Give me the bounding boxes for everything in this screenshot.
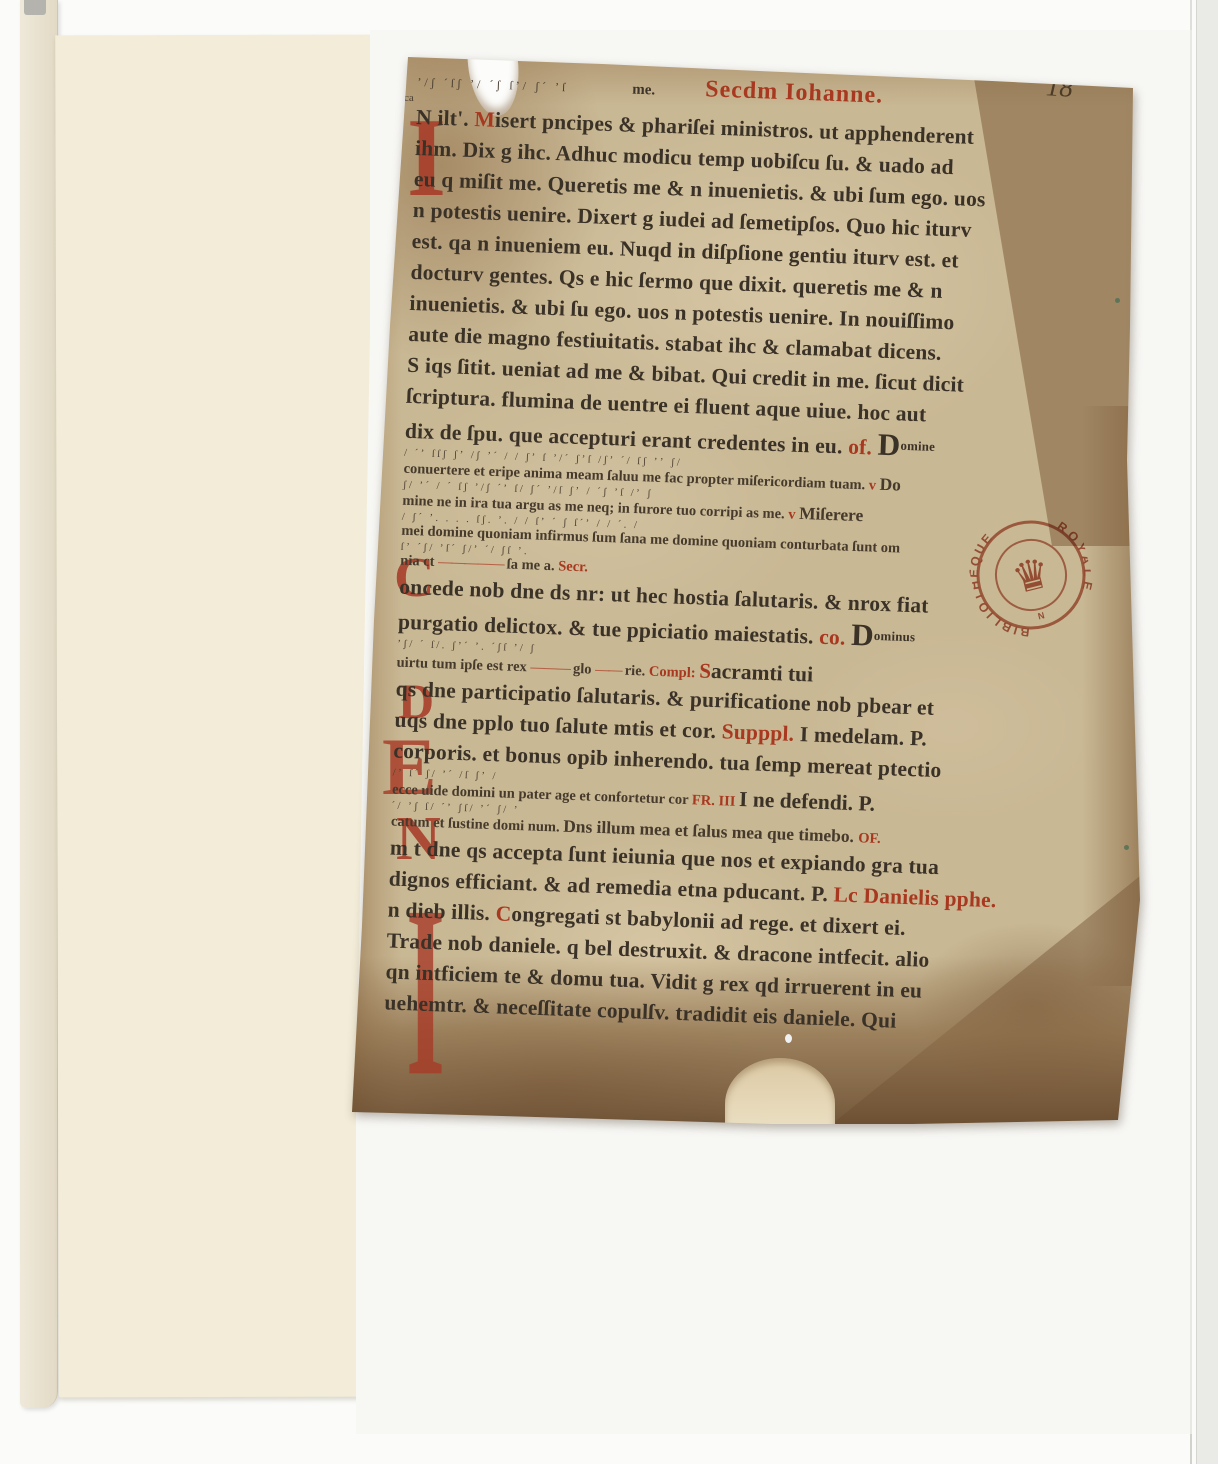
stamp-mark: N	[1037, 610, 1046, 621]
ink-speck	[1115, 298, 1120, 303]
parchment-folio: ca 18 I C D E N I ʼ/ʃ ˊſʃ ʼ/ ˊʃ ſʼ/ ʃˊ ʼ…	[352, 26, 1152, 1128]
binding-tab	[24, 0, 46, 15]
white-fleck	[785, 1034, 792, 1043]
catchword: me.	[632, 82, 655, 99]
book-fore-edge	[1196, 0, 1218, 1464]
parchment-surface: ca 18 I C D E N I ʼ/ʃ ˊſʃ ʼ/ ˊʃ ſʼ/ ʃˊ ʼ…	[352, 26, 1152, 1128]
ink-speck	[1124, 845, 1129, 850]
rubric-title: Secdm Iohanne.	[705, 76, 884, 108]
neume-row: ʼ/ʃ ˊſʃ ʼ/ ˊʃ ſʼ/ ʃˊ ʼſ	[417, 75, 568, 94]
manuscript-lines: N ilt'. Misert pncipes & phariſei minist…	[384, 102, 1064, 1042]
left-page-edge	[20, 0, 58, 1408]
text-block: ʼ/ʃ ˊſʃ ʼ/ ˊʃ ſʼ/ ʃˊ ʼſ me. Secdm Iohann…	[384, 66, 1066, 1042]
crown-icon: ♛	[1008, 550, 1056, 604]
cream-flyleaf	[55, 35, 376, 1398]
